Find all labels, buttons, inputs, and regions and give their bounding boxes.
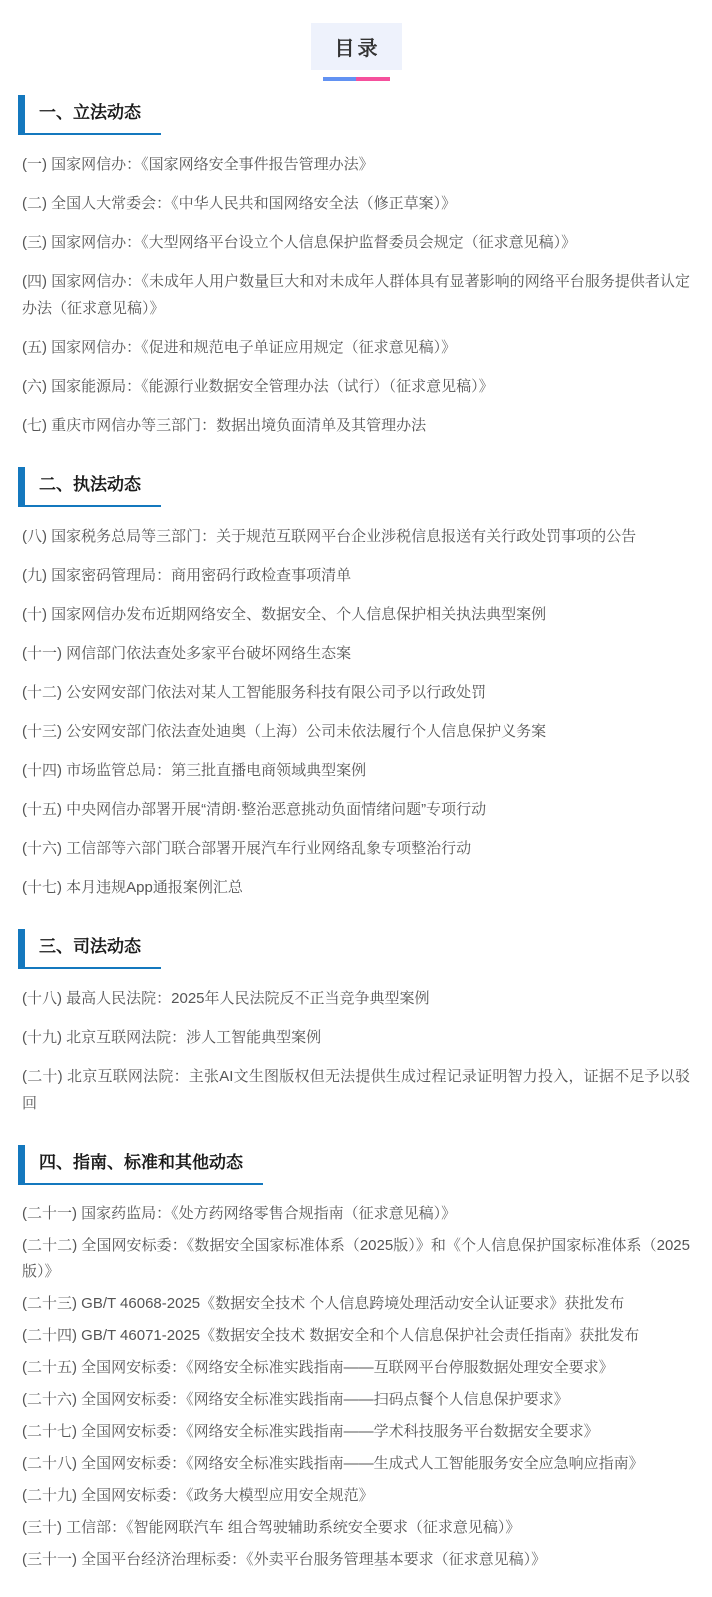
toc-item: (二十一) 国家药监局：《处方药网络零售合规指南（征求意见稿）》 <box>22 1201 690 1227</box>
toc-item: (七) 重庆市网信办等三部门：数据出境负面清单及其管理办法 <box>22 412 690 439</box>
toc-sections: 一、立法动态(一) 国家网信办：《国家网络安全事件报告管理办法》(二) 全国人大… <box>0 81 712 1573</box>
underline-pink-segment <box>356 77 390 81</box>
toc-item: (三) 国家网信办：《大型网络平台设立个人信息保护监督委员会规定（征求意见稿）》 <box>22 229 690 256</box>
toc-section: 二、执法动态(八) 国家税务总局等三部门：关于规范互联网平台企业涉税信息报送有关… <box>22 451 690 901</box>
toc-section: 三、司法动态(十八) 最高人民法院：2025年人民法院反不正当竞争典型案例(十九… <box>22 913 690 1117</box>
toc-item: (十) 国家网信办发布近期网络安全、数据安全、个人信息保护相关执法典型案例 <box>22 601 690 628</box>
toc-page: 目录 一、立法动态(一) 国家网信办：《国家网络安全事件报告管理办法》(二) 全… <box>0 0 712 1597</box>
toc-item: (二十六) 全国网安标委：《网络安全标准实践指南——扫码点餐个人信息保护要求》 <box>22 1387 690 1413</box>
toc-item: (十四) 市场监管总局：第三批直播电商领域典型案例 <box>22 757 690 784</box>
toc-item: (四) 国家网信办：《未成年人用户数量巨大和对未成年人群体具有显著影响的网络平台… <box>22 268 690 322</box>
toc-item: (一) 国家网信办：《国家网络安全事件报告管理办法》 <box>22 151 690 178</box>
toc-item: (十六) 工信部等六部门联合部署开展汽车行业网络乱象专项整治行动 <box>22 835 690 862</box>
toc-item: (九) 国家密码管理局：商用密码行政检查事项清单 <box>22 562 690 589</box>
toc-title-badge: 目录 <box>311 23 402 70</box>
toc-item: (二十四) GB/T 46071-2025《数据安全技术 数据安全和个人信息保护… <box>22 1323 690 1349</box>
toc-item: (二十) 北京互联网法院：主张AI文生图版权但无法提供生成过程记录证明智力投入，… <box>22 1063 690 1117</box>
underline-blue-segment <box>323 77 357 81</box>
section-title: 二、执法动态 <box>18 467 161 507</box>
toc-item: (十三) 公安网安部门依法查处迪奥（上海）公司未依法履行个人信息保护义务案 <box>22 718 690 745</box>
toc-item: (十二) 公安网安部门依法对某人工智能服务科技有限公司予以行政处罚 <box>22 679 690 706</box>
toc-item: (十一) 网信部门依法查处多家平台破坏网络生态案 <box>22 640 690 667</box>
toc-item: (二十二) 全国网安标委：《数据安全国家标准体系（2025版）》和《个人信息保护… <box>22 1233 690 1285</box>
section-title: 四、指南、标准和其他动态 <box>18 1145 263 1185</box>
toc-item: (二十五) 全国网安标委：《网络安全标准实践指南——互联网平台停服数据处理安全要… <box>22 1355 690 1381</box>
toc-item: (五) 国家网信办：《促进和规范电子单证应用规定（征求意见稿）》 <box>22 334 690 361</box>
toc-item: (二十八) 全国网安标委：《网络安全标准实践指南——生成式人工智能服务安全应急响… <box>22 1451 690 1477</box>
toc-item: (十九) 北京互联网法院：涉人工智能典型案例 <box>22 1024 690 1051</box>
toc-item: (三十) 工信部：《智能网联汽车 组合驾驶辅助系统安全要求（征求意见稿）》 <box>22 1515 690 1541</box>
toc-item: (二十七) 全国网安标委：《网络安全标准实践指南——学术科技服务平台数据安全要求… <box>22 1419 690 1445</box>
toc-item: (二十三) GB/T 46068-2025《数据安全技术 个人信息跨境处理活动安… <box>22 1291 690 1317</box>
toc-item: (二十九) 全国网安标委：《政务大模型应用安全规范》 <box>22 1483 690 1509</box>
section-title: 三、司法动态 <box>18 929 161 969</box>
toc-item: (八) 国家税务总局等三部门：关于规范互联网平台企业涉税信息报送有关行政处罚事项… <box>22 523 690 550</box>
toc-section: 一、立法动态(一) 国家网信办：《国家网络安全事件报告管理办法》(二) 全国人大… <box>22 93 690 439</box>
toc-item: (十七) 本月违规App通报案例汇总 <box>22 874 690 901</box>
toc-header: 目录 <box>0 0 712 81</box>
toc-section: 四、指南、标准和其他动态(二十一) 国家药监局：《处方药网络零售合规指南（征求意… <box>22 1129 690 1573</box>
toc-title-underline <box>323 77 390 81</box>
toc-item: (十八) 最高人民法院：2025年人民法院反不正当竞争典型案例 <box>22 985 690 1012</box>
toc-item: (十五) 中央网信办部署开展“清朗·整治恶意挑动负面情绪问题”专项行动 <box>22 796 690 823</box>
section-title: 一、立法动态 <box>18 95 161 135</box>
toc-item: (六) 国家能源局：《能源行业数据安全管理办法（试行）（征求意见稿）》 <box>22 373 690 400</box>
toc-item: (二) 全国人大常委会：《中华人民共和国网络安全法（修正草案）》 <box>22 190 690 217</box>
